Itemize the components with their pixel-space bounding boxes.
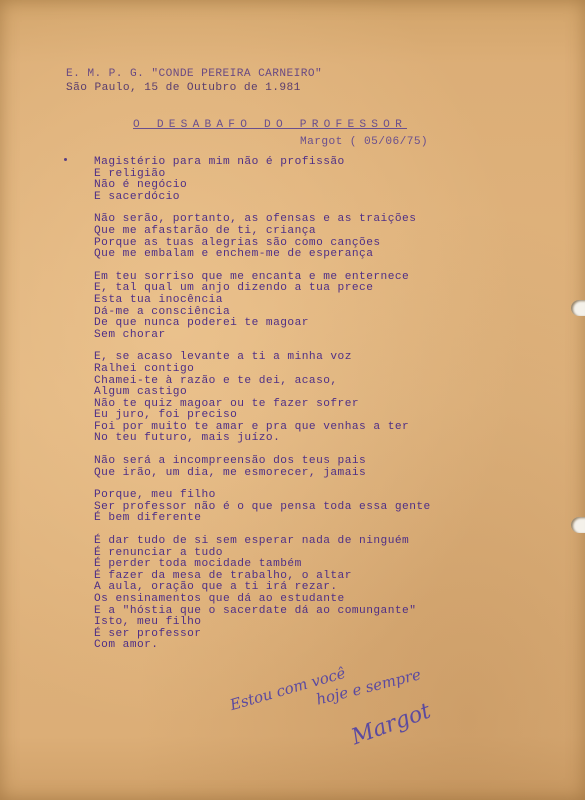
signature: Margot xyxy=(348,699,434,751)
stanza: Não será a incompreensão dos teus paisQu… xyxy=(94,456,431,479)
poem-line: Que me afastarão de ti, criança xyxy=(94,226,431,238)
poem-line: Sem chorar xyxy=(94,330,431,342)
scanned-document-page: E. M. P. G. "CONDE PEREIRA CARNEIRO" São… xyxy=(0,0,585,800)
author-line: Margot ( 05/06/75) xyxy=(300,137,428,149)
stanza: Magistério para mim não é profissãoE rel… xyxy=(94,157,431,203)
poem-line: Não será a incompreensão dos teus pais xyxy=(94,456,431,468)
poem-line: Com amor. xyxy=(94,640,431,652)
stanza: Em teu sorriso que me encanta e me enter… xyxy=(94,272,431,342)
poem-line: E sacerdócio xyxy=(94,192,431,204)
poem-line: Esta tua inocência xyxy=(94,295,431,307)
bullet-mark xyxy=(64,158,67,161)
place-date: São Paulo, 15 de Outubro de 1.981 xyxy=(66,83,301,95)
stanza: É dar tudo de si sem esperar nada de nin… xyxy=(94,536,431,652)
stanza: Porque, meu filhoSer professor não é o q… xyxy=(94,490,431,525)
poem-line: De que nunca poderei te magoar xyxy=(94,318,431,330)
poem-line: É dar tudo de si sem esperar nada de nin… xyxy=(94,536,431,548)
poem-line: Magistério para mim não é profissão xyxy=(94,157,431,169)
poem-line: Ralhei contigo xyxy=(94,364,431,376)
poem-line: Algum castigo xyxy=(94,387,431,399)
poem-line: Os ensinamentos que dá ao estudante xyxy=(94,594,431,606)
stanza: E, se acaso levante a ti a minha vozRalh… xyxy=(94,352,431,445)
poem-body: Magistério para mim não é profissãoE rel… xyxy=(94,157,431,663)
school-header: E. M. P. G. "CONDE PEREIRA CARNEIRO" xyxy=(66,69,322,81)
poem-line: É bem diferente xyxy=(94,513,431,525)
poem-title: O DESABAFO DO PROFESSOR xyxy=(133,120,407,132)
poem-line: No teu futuro, mais juízo. xyxy=(94,433,431,445)
poem-line: Que me embalam e enchem-me de esperança xyxy=(94,249,431,261)
binder-hole-icon xyxy=(571,300,585,316)
poem-line: Que irão, um dia, me esmorecer, jamais xyxy=(94,468,431,480)
stanza: Não serão, portanto, as ofensas e as tra… xyxy=(94,214,431,260)
binder-hole-icon xyxy=(571,517,585,533)
